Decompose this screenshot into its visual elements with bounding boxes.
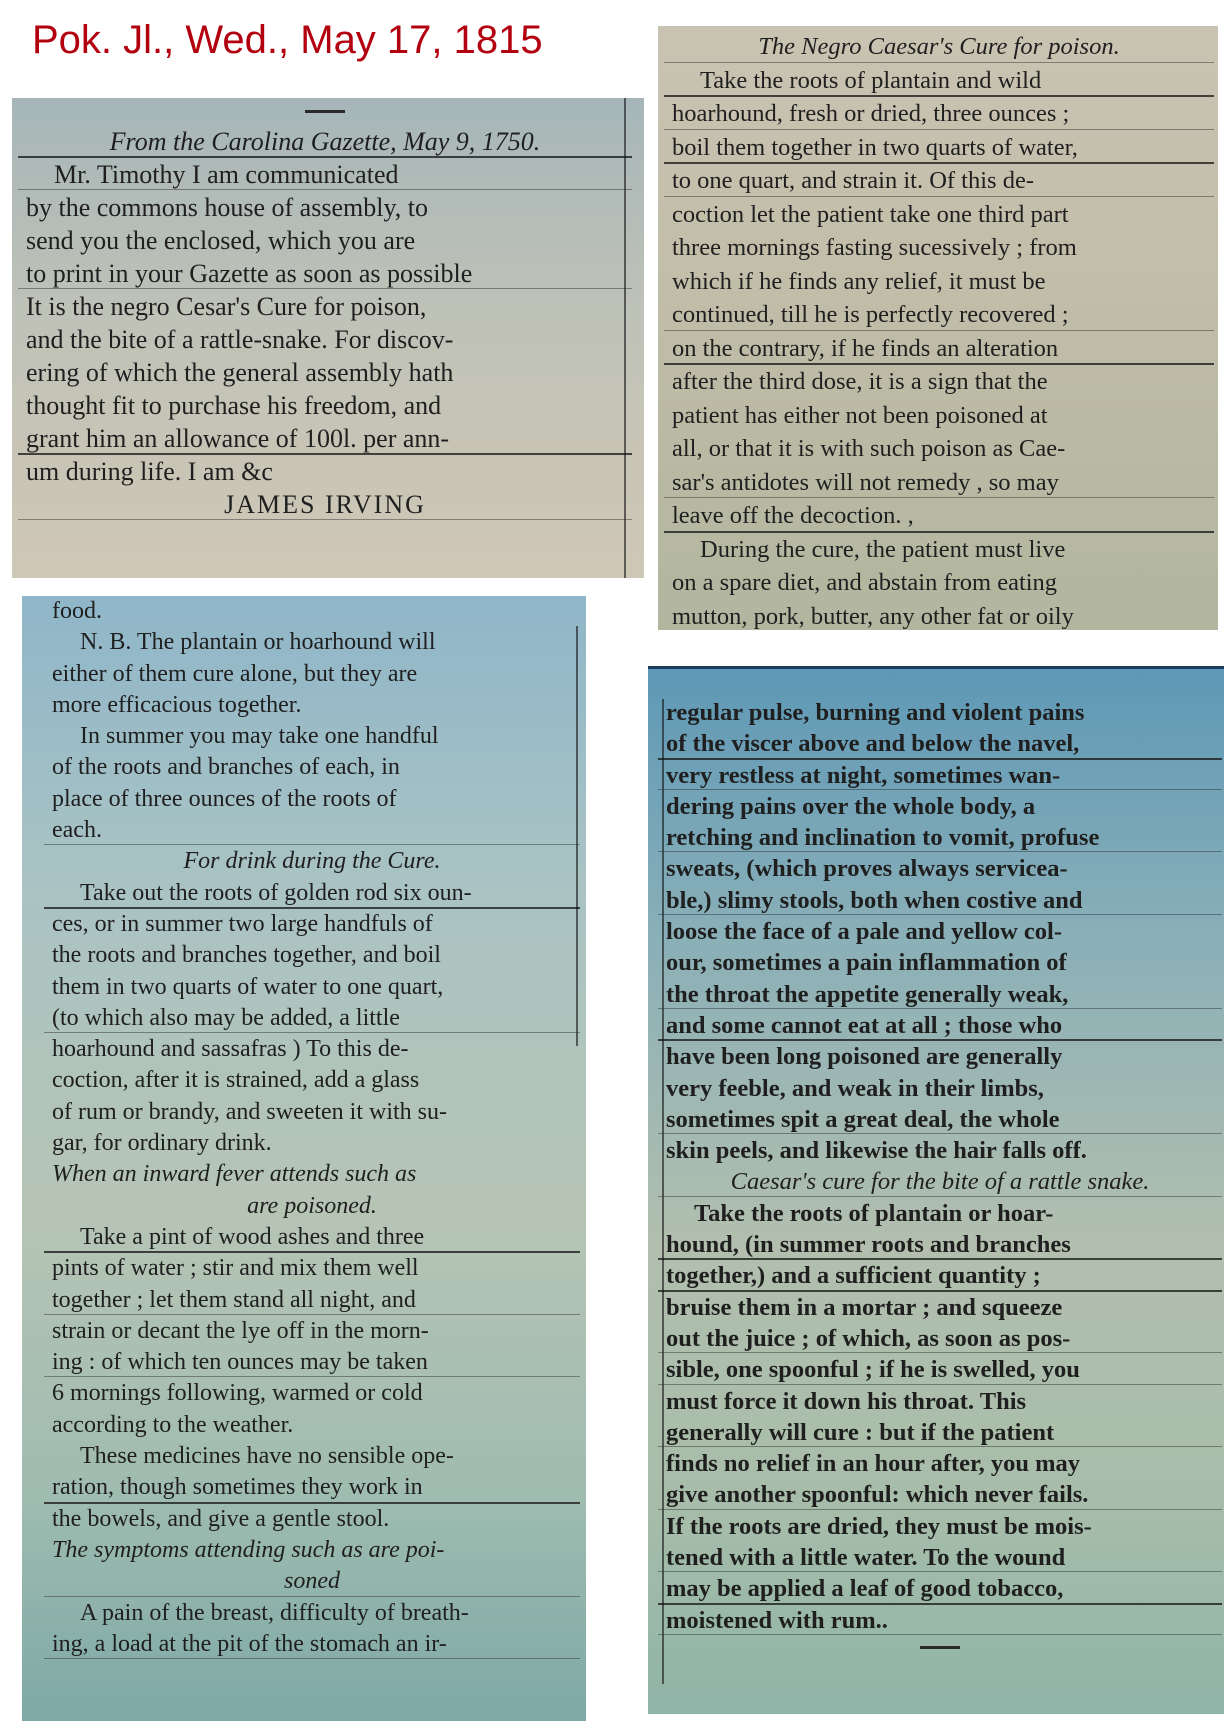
subheading-fever-cont: are poisoned. bbox=[52, 1191, 572, 1222]
clipping-carolina-gazette-letter: From the Carolina Gazette, May 9, 1750. … bbox=[12, 98, 644, 578]
text-line: and some cannot eat at all ; those who bbox=[666, 1010, 1214, 1041]
text-line: A pain of the breast, difficulty of brea… bbox=[52, 1598, 572, 1629]
subheading-snakebite: Caesar's cure for the bite of a rattle s… bbox=[666, 1166, 1214, 1197]
text-line: place of three ounces of the roots of bbox=[52, 784, 572, 815]
text-line: Mr. Timothy I am communicated bbox=[26, 158, 624, 191]
text-line: Take the roots of plantain or hoar- bbox=[666, 1198, 1214, 1229]
text-line: Take out the roots of golden rod six oun… bbox=[52, 878, 572, 909]
ornament-rule bbox=[305, 110, 345, 113]
text-line: of the viscer above and below the navel, bbox=[666, 728, 1214, 759]
text-line: may be applied a leaf of good tobacco, bbox=[666, 1573, 1214, 1604]
text-line: Take a pint of wood ashes and three bbox=[52, 1222, 572, 1253]
text-line: hoarhound, fresh or dried, three ounces … bbox=[672, 97, 1206, 131]
dateline: From the Carolina Gazette, May 9, 1750. bbox=[26, 125, 624, 158]
text-line: boil them together in two quarts of wate… bbox=[672, 131, 1206, 165]
text-line: give another spoonful: which never fails… bbox=[666, 1479, 1214, 1510]
text-line: retching and inclination to vomit, profu… bbox=[666, 822, 1214, 853]
text-line: to one quart, and strain it. Of this de- bbox=[672, 164, 1206, 198]
text-line: Take the roots of plantain and wild bbox=[672, 64, 1206, 98]
text-line: During the cure, the patient must live bbox=[672, 533, 1206, 567]
text-line: patient has either not been poisoned at bbox=[672, 399, 1206, 433]
text-line: ing : of which ten ounces may be taken bbox=[52, 1347, 572, 1378]
text-line: the bowels, and give a gentle stool. bbox=[52, 1504, 572, 1535]
text-line: regular pulse, burning and violent pains bbox=[666, 697, 1214, 728]
clipping-symptoms-and-snakebite-cure: regular pulse, burning and violent pains… bbox=[648, 666, 1224, 1714]
text-line: generally will cure : but if the patient bbox=[666, 1417, 1214, 1448]
text-line: moistened with rum.. bbox=[666, 1605, 1214, 1636]
text-line: grant him an allowance of 100l. per ann- bbox=[26, 422, 624, 455]
column-rule bbox=[576, 626, 578, 1046]
signature: JAMES IRVING bbox=[26, 488, 624, 521]
text-line: (to which also may be added, a little bbox=[52, 1003, 572, 1034]
text-line: ering of which the general assembly hath bbox=[26, 356, 624, 389]
ornament-rule bbox=[920, 1646, 960, 1649]
text-line: In summer you may take one handful bbox=[52, 721, 572, 752]
text-line: to print in your Gazette as soon as poss… bbox=[26, 257, 624, 290]
text-line: continued, till he is perfectly recovere… bbox=[672, 298, 1206, 332]
text-line: each. bbox=[52, 815, 572, 846]
text-line: It is the negro Cesar's Cure for poison, bbox=[26, 290, 624, 323]
text-line: all, or that it is with such poison as C… bbox=[672, 432, 1206, 466]
text-line: N. B. The plantain or hoarhound will bbox=[52, 627, 572, 658]
text-line: ble,) slimy stools, both when costive an… bbox=[666, 885, 1214, 916]
text-line: 6 mornings following, warmed or cold bbox=[52, 1378, 572, 1409]
text-line: loose the face of a pale and yellow col- bbox=[666, 916, 1214, 947]
text-line: by the commons house of assembly, to bbox=[26, 191, 624, 224]
text-line: coction, after it is strained, add a gla… bbox=[52, 1065, 572, 1096]
text-line: more efficacious together. bbox=[52, 690, 572, 721]
clipping-caesars-cure-for-poison: The Negro Caesar's Cure for poison. Take… bbox=[658, 26, 1218, 630]
text-line: dering pains over the whole body, a bbox=[666, 791, 1214, 822]
column-rule bbox=[624, 98, 626, 578]
text-line: the throat the appetite generally weak, bbox=[666, 979, 1214, 1010]
text-line: very feeble, and weak in their limbs, bbox=[666, 1073, 1214, 1104]
text-line: after the third dose, it is a sign that … bbox=[672, 365, 1206, 399]
clipping-drink-and-fever-remedies: food. N. B. The plantain or hoarhound wi… bbox=[22, 596, 586, 1721]
text-line: sometimes spit a great deal, the whole bbox=[666, 1104, 1214, 1135]
text-line: ces, or in summer two large handfuls of bbox=[52, 909, 572, 940]
text-line: sar's antidotes will not remedy , so may bbox=[672, 466, 1206, 500]
text-line: leave off the decoction. , bbox=[672, 499, 1206, 533]
text-line: bruise them in a mortar ; and squeeze bbox=[666, 1292, 1214, 1323]
text-line: our, sometimes a pain inflammation of bbox=[666, 947, 1214, 978]
article-heading: The Negro Caesar's Cure for poison. bbox=[672, 30, 1206, 64]
text-line: on a spare diet, and abstain from eating bbox=[672, 566, 1206, 600]
text-line: hoarhound and sassafras ) To this de- bbox=[52, 1034, 572, 1065]
text-line: tened with a little water. To the wound bbox=[666, 1542, 1214, 1573]
text-line: very restless at night, sometimes wan- bbox=[666, 760, 1214, 791]
text-line: them in two quarts of water to one quart… bbox=[52, 972, 572, 1003]
subheading-symptoms: The symptoms attending such as are poi- bbox=[52, 1535, 572, 1566]
text-line: These medicines have no sensible ope- bbox=[52, 1441, 572, 1472]
text-line: together,) and a sufficient quantity ; bbox=[666, 1260, 1214, 1291]
text-line: skin peels, and likewise the hair falls … bbox=[666, 1135, 1214, 1166]
text-line: the roots and branches together, and boi… bbox=[52, 940, 572, 971]
text-line: have been long poisoned are generally bbox=[666, 1041, 1214, 1072]
text-line: either of them cure alone, but they are bbox=[52, 659, 572, 690]
text-line: strain or decant the lye off in the morn… bbox=[52, 1316, 572, 1347]
text-line: pints of water ; stir and mix them well bbox=[52, 1253, 572, 1284]
text-line: according to the weather. bbox=[52, 1410, 572, 1441]
text-line: food. bbox=[52, 596, 572, 627]
text-line: which if he finds any relief, it must be bbox=[672, 265, 1206, 299]
text-line: must force it down his throat. This bbox=[666, 1386, 1214, 1417]
text-line: sible, one spoonful ; if he is swelled, … bbox=[666, 1354, 1214, 1385]
text-line: of rum or brandy, and sweeten it with su… bbox=[52, 1097, 572, 1128]
text-line: ing, a load at the pit of the stomach an… bbox=[52, 1629, 572, 1660]
column-rule bbox=[662, 699, 664, 1684]
text-line: on the contrary, if he finds an alterati… bbox=[672, 332, 1206, 366]
text-line: finds no relief in an hour after, you ma… bbox=[666, 1448, 1214, 1479]
text-line: um during life. I am &c bbox=[26, 455, 624, 488]
text-line: ration, though sometimes they work in bbox=[52, 1472, 572, 1503]
text-line: and the bite of a rattle-snake. For disc… bbox=[26, 323, 624, 356]
text-line: send you the enclosed, which you are bbox=[26, 224, 624, 257]
text-line: gar, for ordinary drink. bbox=[52, 1128, 572, 1159]
text-line: If the roots are dried, they must be moi… bbox=[666, 1511, 1214, 1542]
text-line: hound, (in summer roots and branches bbox=[666, 1229, 1214, 1260]
subheading-drink: For drink during the Cure. bbox=[52, 846, 572, 877]
text-line: coction let the patient take one third p… bbox=[672, 198, 1206, 232]
text-line: three mornings fasting sucessively ; fro… bbox=[672, 231, 1206, 265]
text-line: thought fit to purchase his freedom, and bbox=[26, 389, 624, 422]
page-caption: Pok. Jl., Wed., May 17, 1815 bbox=[32, 18, 543, 63]
text-line: mutton, pork, butter, any other fat or o… bbox=[672, 600, 1206, 631]
subheading-symptoms-cont: soned bbox=[52, 1566, 572, 1597]
text-line: of the roots and branches of each, in bbox=[52, 752, 572, 783]
text-line: together ; let them stand all night, and bbox=[52, 1285, 572, 1316]
subheading-fever: When an inward fever attends such as bbox=[52, 1159, 572, 1190]
text-line: out the juice ; of which, as soon as pos… bbox=[666, 1323, 1214, 1354]
text-line: sweats, (which proves always servicea- bbox=[666, 853, 1214, 884]
